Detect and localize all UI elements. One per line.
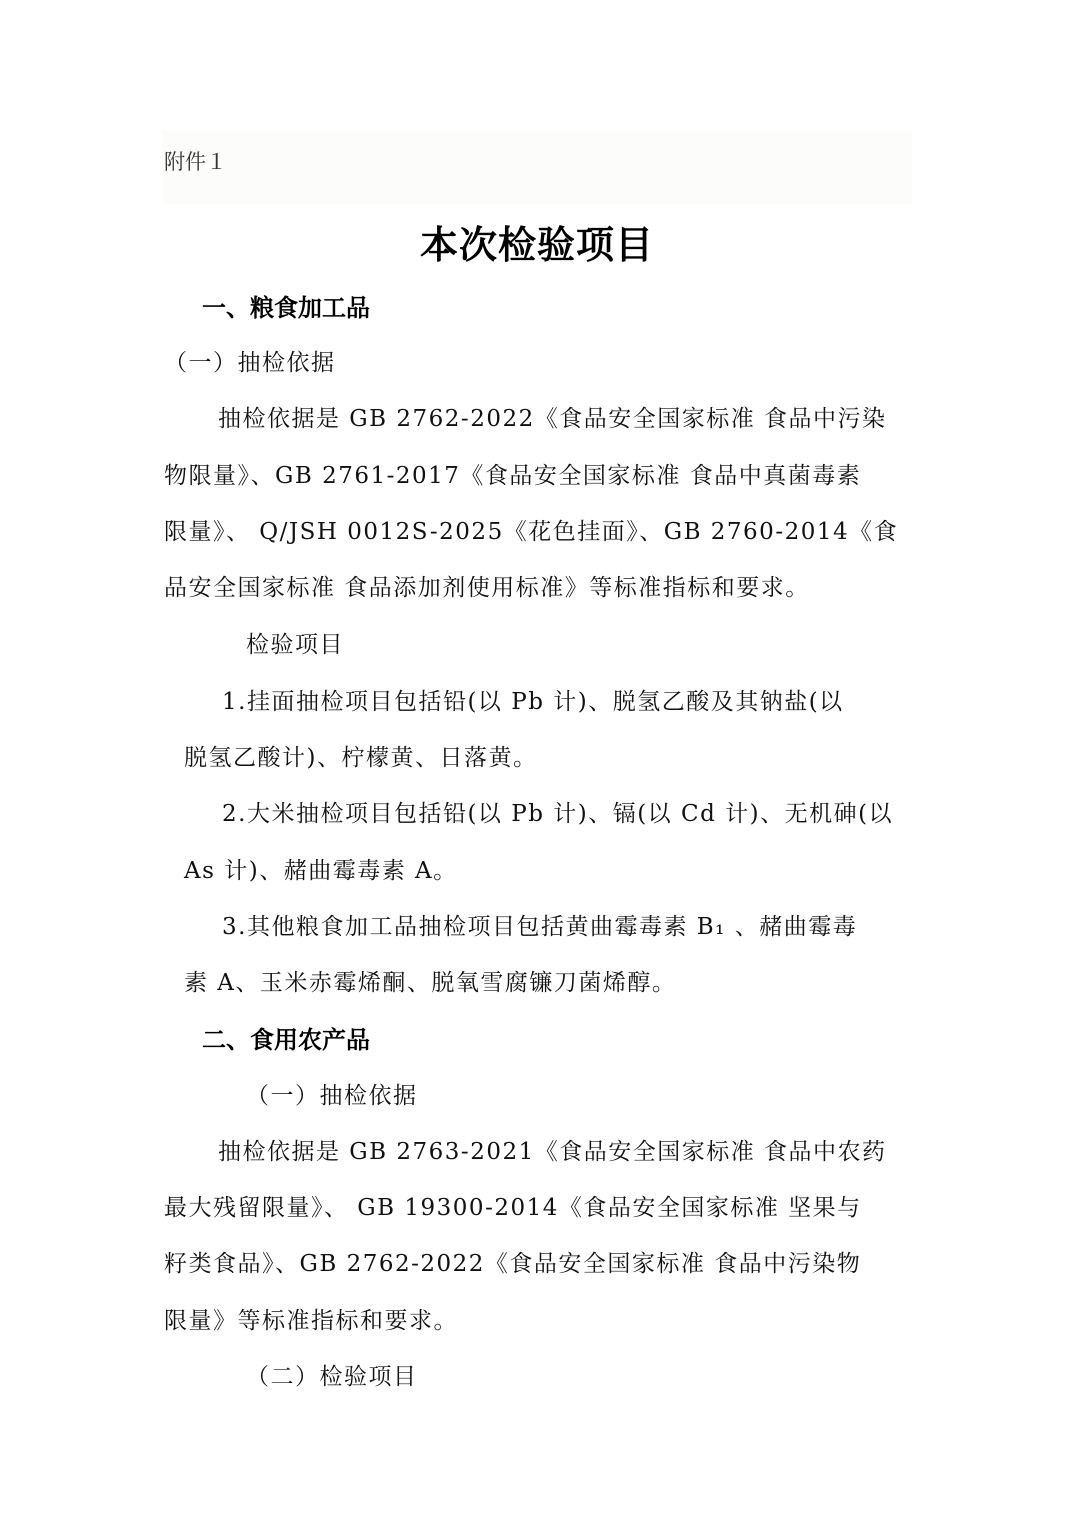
item-line: As 计)、赭曲霉毒素 A。 bbox=[184, 852, 458, 885]
item-line: 脱氢乙酸计)、柠檬黄、日落黄。 bbox=[184, 739, 537, 772]
basis-line: 物限量》、GB 2761-2017《食品安全国家标准 食品中真菌毒素 bbox=[164, 457, 861, 490]
basis-line: 籽类食品》、GB 2762-2022《食品安全国家标准 食品中污染物 bbox=[164, 1245, 861, 1278]
subheading-items: （二）检验项目 bbox=[246, 1358, 418, 1391]
basis-line: 品安全国家标准 食品添加剂使用标准》等标准指标和要求。 bbox=[164, 569, 810, 602]
basis-line: 限量》、 Q/JSH 0012S-2025《花色挂面》、GB 2760-2014… bbox=[164, 513, 898, 546]
basis-line: 限量》等标准指标和要求。 bbox=[164, 1302, 458, 1335]
subheading-basis: （一）抽检依据 bbox=[246, 1077, 418, 1110]
subheading-items: 检验项目 bbox=[246, 626, 344, 659]
attachment-band bbox=[162, 130, 912, 204]
basis-line: 最大残留限量》、 GB 19300-2014《食品安全国家标准 坚果与 bbox=[164, 1189, 862, 1222]
item-line: 3.其他粮食加工品抽检项目包括黄曲霉毒素 B₁ 、赭曲霉毒 bbox=[222, 908, 857, 941]
basis-line: 抽检依据是 GB 2762-2022《食品安全国家标准 食品中污染 bbox=[218, 400, 887, 433]
item-line: 1.挂面抽检项目包括铅(以 Pb 计)、脱氢乙酸及其钠盐(以 bbox=[222, 683, 844, 716]
item-line: 素 A、玉米赤霉烯酮、脱氧雪腐镰刀菌烯醇。 bbox=[184, 964, 676, 997]
section-heading-grain: 一、粮食加工品 bbox=[202, 288, 370, 323]
document-page: 附件１ 本次检验项目 一、粮食加工品 （一）抽检依据 抽检依据是 GB 2762… bbox=[0, 0, 1074, 1520]
item-line: 2.大米抽检项目包括铅(以 Pb 计)、镉(以 Cd 计)、无机砷(以 bbox=[222, 795, 893, 828]
subheading-basis: （一）抽检依据 bbox=[164, 344, 336, 377]
section-heading-agri: 二、食用农产品 bbox=[202, 1020, 370, 1055]
document-title: 本次检验项目 bbox=[0, 214, 1074, 269]
attachment-label: 附件１ bbox=[164, 146, 227, 176]
basis-line: 抽检依据是 GB 2763-2021《食品安全国家标准 食品中农药 bbox=[218, 1133, 887, 1166]
